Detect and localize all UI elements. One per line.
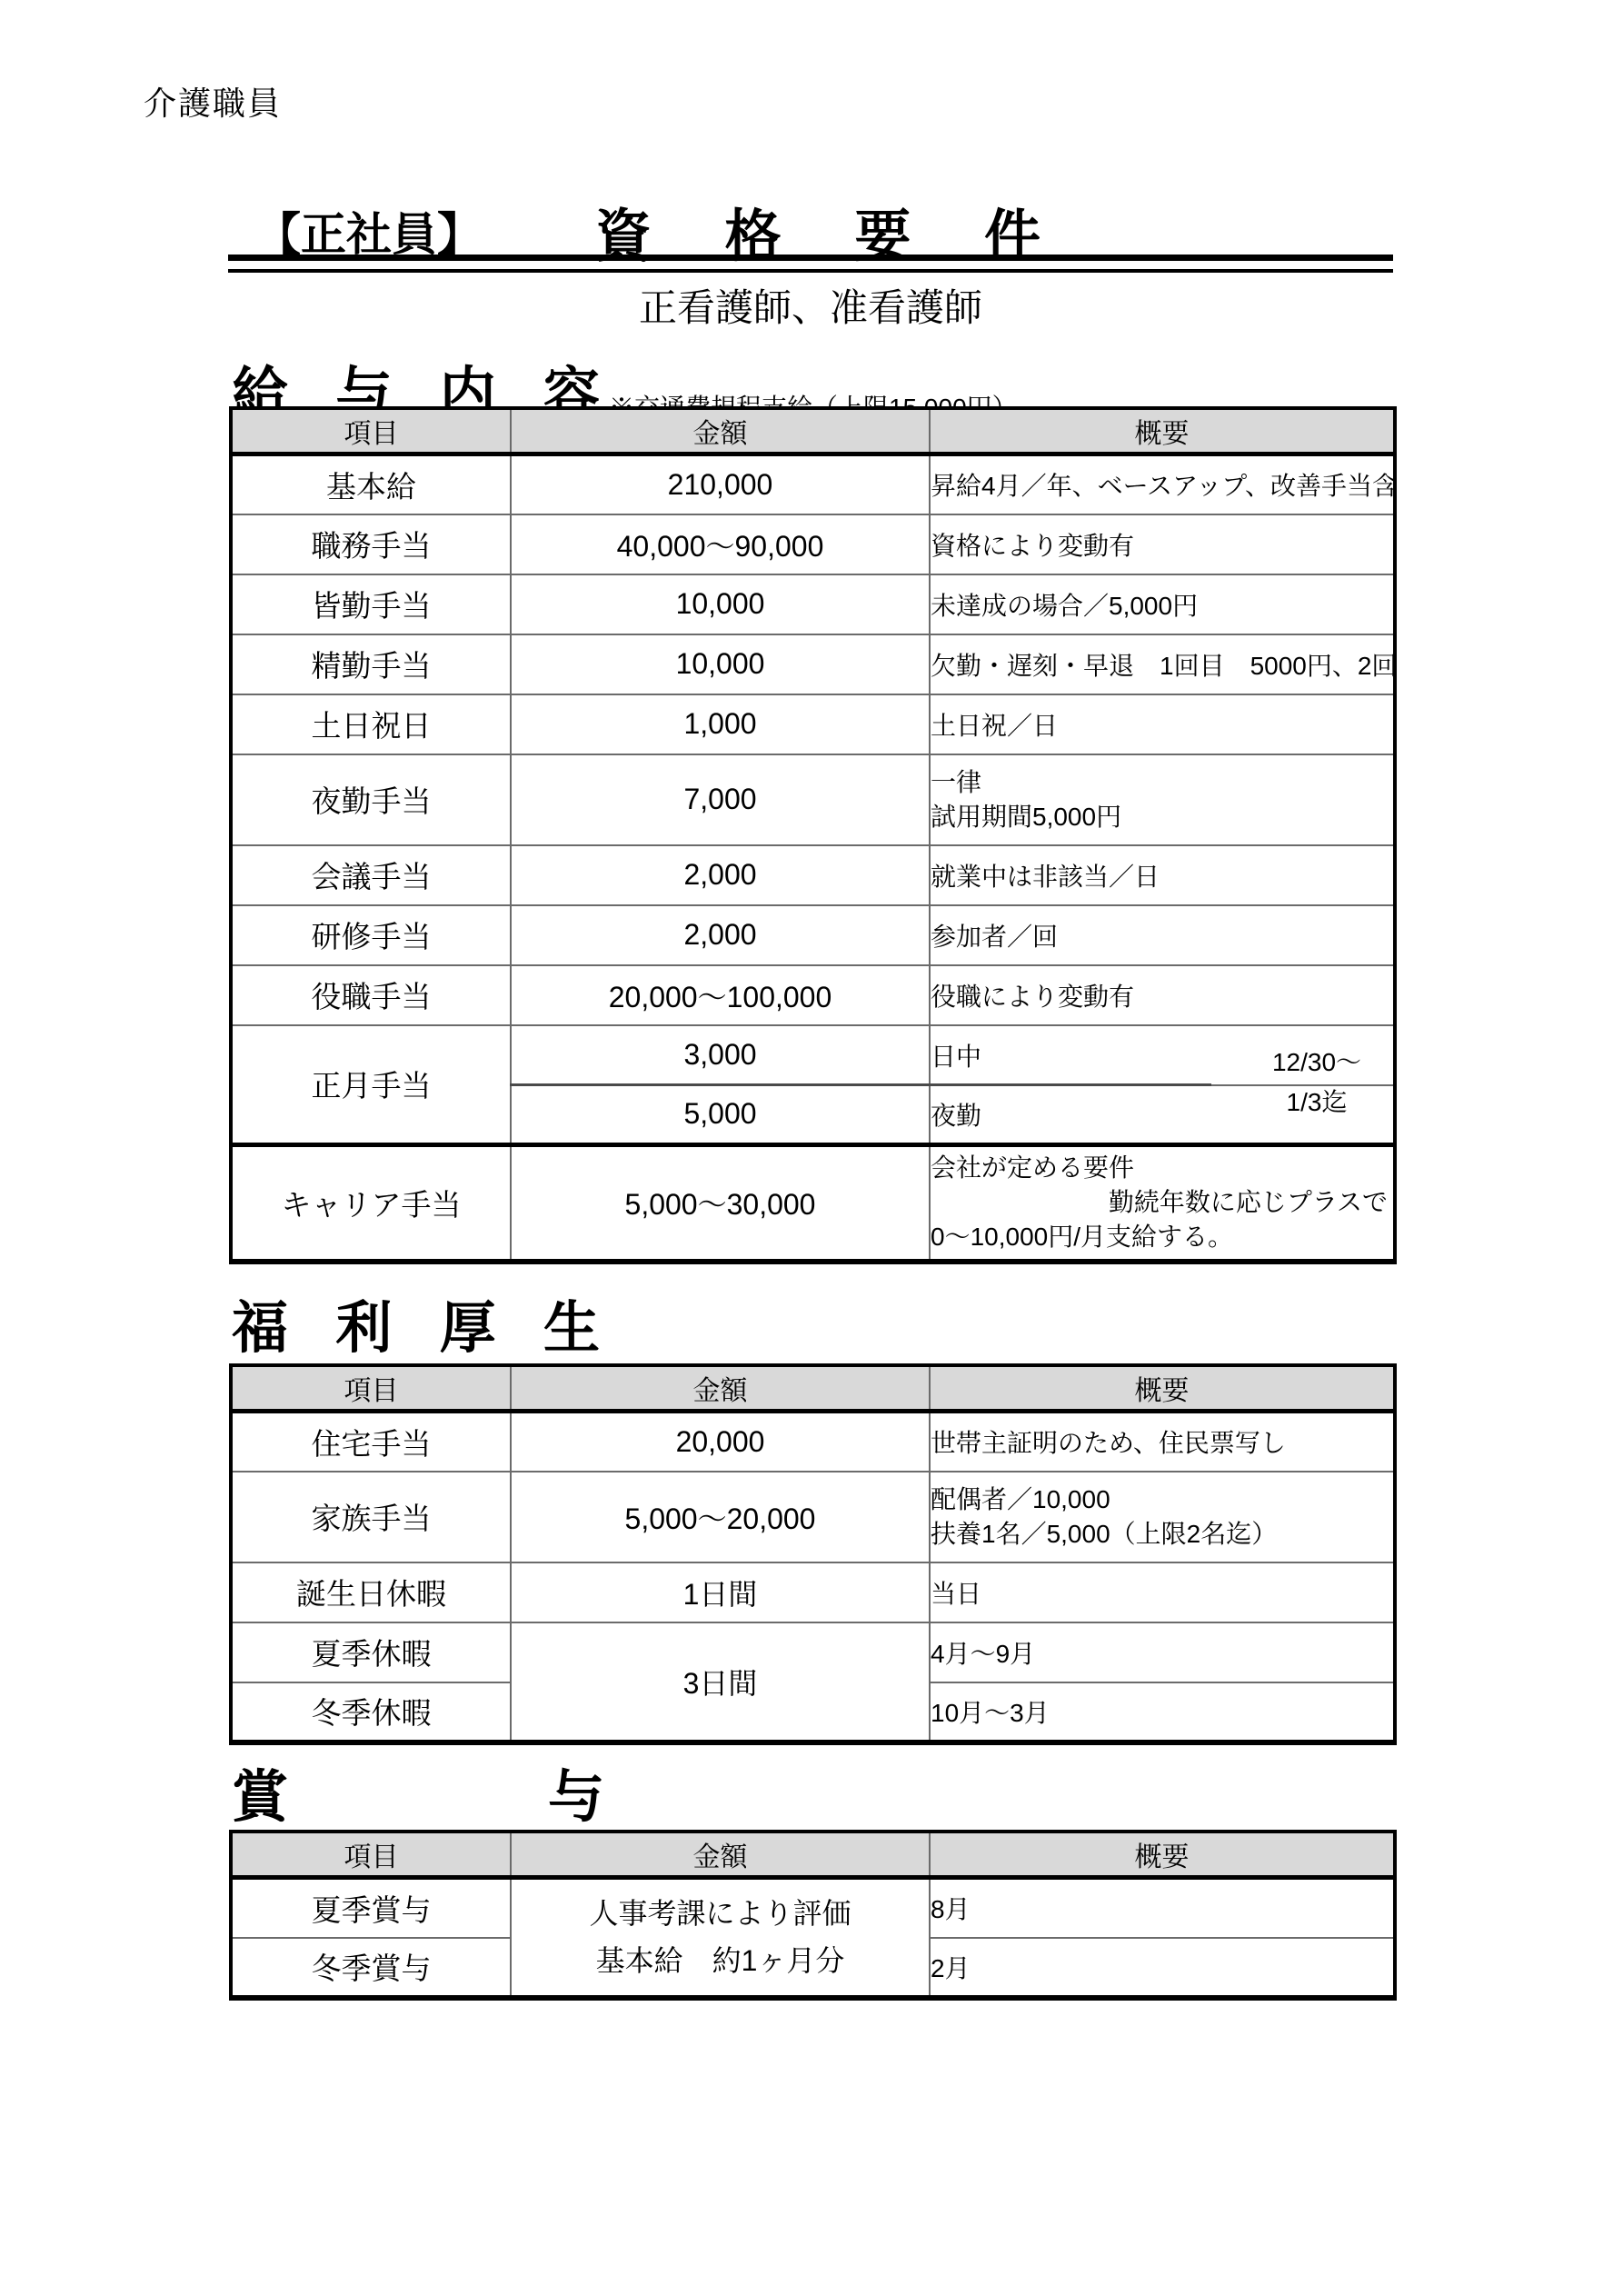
row-amount: 10,000 — [511, 634, 930, 694]
heading-char: 賞 — [232, 1752, 288, 1832]
table-row-career: キャリア手当 5,000～30,000 会社が定める要件 勤続年数に応じプラスで… — [231, 1145, 1395, 1262]
salary-col-amount: 金額 — [511, 408, 930, 454]
table-row-newyear-day: 正月手当 3,000 日中 12/30～ 1/3迄 — [231, 1025, 1395, 1085]
table-row-summer-vacation: 夏季休暇 3日間 4月～9月 — [231, 1622, 1395, 1682]
table-row: 基本給 210,000 昇給4月／年、ベースアップ、改善手当含む — [231, 454, 1395, 514]
heading-char: 生 — [543, 1283, 600, 1363]
row-desc: 4月～9月 — [930, 1622, 1395, 1682]
period-line: 12/30～ — [1244, 1043, 1389, 1083]
salary-header-row: 項目 金額 概要 — [231, 408, 1395, 454]
row-item: 夜勤手当 — [231, 754, 511, 845]
table-row: 家族手当 5,000～20,000 配偶者／10,000 扶養1名／5,000（… — [231, 1472, 1395, 1562]
row-amount: 40,000～90,000 — [511, 514, 930, 574]
salary-col-item: 項目 — [231, 408, 511, 454]
row-item: 土日祝日 — [231, 694, 511, 754]
table-row: 役職手当 20,000～100,000 役職により変動有 — [231, 965, 1395, 1025]
table-row: 住宅手当 20,000 世帯主証明のため、住民票写し — [231, 1412, 1395, 1472]
salary-table: 項目 金額 概要 基本給 210,000 昇給4月／年、ベースアップ、改善手当含… — [229, 406, 1397, 1264]
row-desc: 一律 試用期間5,000円 — [930, 754, 1395, 845]
row-desc: 役職により変動有 — [930, 965, 1395, 1025]
row-item: 基本給 — [231, 454, 511, 514]
benefits-col-item: 項目 — [231, 1365, 511, 1412]
row-amount: 10,000 — [511, 574, 930, 634]
table-row: 夜勤手当 7,000 一律 試用期間5,000円 — [231, 754, 1395, 845]
row-item: 夏季賞与 — [231, 1878, 511, 1938]
bonus-col-item: 項目 — [231, 1832, 511, 1878]
table-row: 精勤手当 10,000 欠勤・遅刻・早退 1回目 5000円、2回目0 — [231, 634, 1395, 694]
row-amount: 3,000 — [511, 1025, 930, 1085]
row-item: 職務手当 — [231, 514, 511, 574]
table-row-summer-bonus: 夏季賞与 人事考課により評価 基本給 約1ヶ月分 8月 — [231, 1878, 1395, 1938]
row-amount: 5,000 — [511, 1085, 930, 1145]
benefits-section-heading: 福利厚生 — [232, 1283, 600, 1363]
row-desc: 土日祝／日 — [930, 694, 1395, 754]
qualification-subtitle: 正看護師、准看護師 — [228, 278, 1393, 333]
desc-line: 一律 — [931, 765, 1393, 800]
row-amount: 210,000 — [511, 454, 930, 514]
row-amount: 20,000～100,000 — [511, 965, 930, 1025]
bonus-section-heading: 賞与 — [232, 1752, 604, 1832]
row-item: 住宅手当 — [231, 1412, 511, 1472]
desc-line: 試用期間5,000円 — [931, 800, 1393, 834]
row-amount-merged: 3日間 — [511, 1622, 930, 1742]
benefits-header-row: 項目 金額 概要 — [231, 1365, 1395, 1412]
benefits-table: 項目 金額 概要 住宅手当 20,000 世帯主証明のため、住民票写し 家族手当… — [229, 1363, 1397, 1745]
row-item: 冬季休暇 — [231, 1682, 511, 1742]
row-item: 誕生日休暇 — [231, 1562, 511, 1622]
row-item: 夏季休暇 — [231, 1622, 511, 1682]
row-desc: 参加者／回 — [930, 905, 1395, 965]
row-item: 研修手当 — [231, 905, 511, 965]
heading-char: 福 — [232, 1283, 288, 1363]
row-desc: 会社が定める要件 勤続年数に応じプラスで 0～10,000円/月支給する。 — [930, 1145, 1395, 1262]
table-row: 皆勤手当 10,000 未達成の場合／5,000円 — [231, 574, 1395, 634]
amount-line: 基本給 約1ヶ月分 — [512, 1937, 929, 1984]
row-desc: 就業中は非該当／日 — [930, 845, 1395, 905]
row-desc: 8月 — [930, 1878, 1395, 1938]
row-item: 冬季賞与 — [231, 1938, 511, 1998]
document-page: 介護職員 【正社員】 資格要件 正看護師、准看護師 給与内容 ※交通費規程支給（… — [0, 0, 1623, 2296]
table-row: 研修手当 2,000 参加者／回 — [231, 905, 1395, 965]
newyear-partial-divider — [510, 1083, 1211, 1086]
period-line: 1/3迄 — [1244, 1083, 1389, 1123]
benefits-col-amount: 金額 — [511, 1365, 930, 1412]
benefits-col-summary: 概要 — [930, 1365, 1395, 1412]
heading-char: 利 — [335, 1283, 392, 1363]
row-item: 正月手当 — [231, 1025, 511, 1145]
row-desc: 当日 — [930, 1562, 1395, 1622]
salary-col-summary: 概要 — [930, 408, 1395, 454]
row-desc: 未達成の場合／5,000円 — [930, 574, 1395, 634]
desc-line: 配偶者／10,000 — [931, 1482, 1393, 1517]
row-item: 役職手当 — [231, 965, 511, 1025]
row-desc: 世帯主証明のため、住民票写し — [930, 1412, 1395, 1472]
row-item: キャリア手当 — [231, 1145, 511, 1262]
row-desc: 2月 — [930, 1938, 1395, 1998]
row-item: 皆勤手当 — [231, 574, 511, 634]
row-item: 会議手当 — [231, 845, 511, 905]
desc-line: 日中 — [931, 1043, 981, 1071]
row-desc: 配偶者／10,000 扶養1名／5,000（上限2名迄） — [930, 1472, 1395, 1562]
row-amount: 20,000 — [511, 1412, 930, 1472]
row-amount: 5,000～20,000 — [511, 1472, 930, 1562]
row-desc: 資格により変動有 — [930, 514, 1395, 574]
table-row: 土日祝日 1,000 土日祝／日 — [231, 694, 1395, 754]
amount-line: 人事考課により評価 — [512, 1890, 929, 1937]
row-desc: 日中 12/30～ 1/3迄 — [930, 1025, 1395, 1085]
row-amount: 2,000 — [511, 905, 930, 965]
title-double-rule — [228, 255, 1393, 273]
desc-line: 扶養1名／5,000（上限2名迄） — [931, 1517, 1393, 1552]
table-row: 誕生日休暇 1日間 当日 — [231, 1562, 1395, 1622]
newyear-period-label: 12/30～ 1/3迄 — [1244, 1043, 1389, 1123]
bonus-col-amount: 金額 — [511, 1832, 930, 1878]
bonus-table: 項目 金額 概要 夏季賞与 人事考課により評価 基本給 約1ヶ月分 8月 冬季賞… — [229, 1830, 1397, 2001]
heading-char: 与 — [548, 1752, 604, 1832]
row-desc: 欠勤・遅刻・早退 1回目 5000円、2回目0 — [930, 634, 1395, 694]
row-amount-merged: 人事考課により評価 基本給 約1ヶ月分 — [511, 1878, 930, 1998]
row-amount: 2,000 — [511, 845, 930, 905]
row-item: 精勤手当 — [231, 634, 511, 694]
desc-line: 0～10,000円/月支給する。 — [931, 1220, 1393, 1254]
desc-line: 会社が定める要件 — [931, 1151, 1393, 1185]
table-row: 会議手当 2,000 就業中は非該当／日 — [231, 845, 1395, 905]
row-amount: 7,000 — [511, 754, 930, 845]
row-desc: 昇給4月／年、ベースアップ、改善手当含む — [930, 454, 1395, 514]
table-row: 職務手当 40,000～90,000 資格により変動有 — [231, 514, 1395, 574]
heading-char: 厚 — [440, 1283, 496, 1363]
bonus-col-summary: 概要 — [930, 1832, 1395, 1878]
row-item: 家族手当 — [231, 1472, 511, 1562]
row-amount: 5,000～30,000 — [511, 1145, 930, 1262]
row-amount: 1日間 — [511, 1562, 930, 1622]
desc-line: 勤続年数に応じプラスで — [931, 1185, 1393, 1220]
row-desc: 10月～3月 — [930, 1682, 1395, 1742]
row-amount: 1,000 — [511, 694, 930, 754]
corner-label: 介護職員 — [144, 78, 282, 125]
bonus-header-row: 項目 金額 概要 — [231, 1832, 1395, 1878]
